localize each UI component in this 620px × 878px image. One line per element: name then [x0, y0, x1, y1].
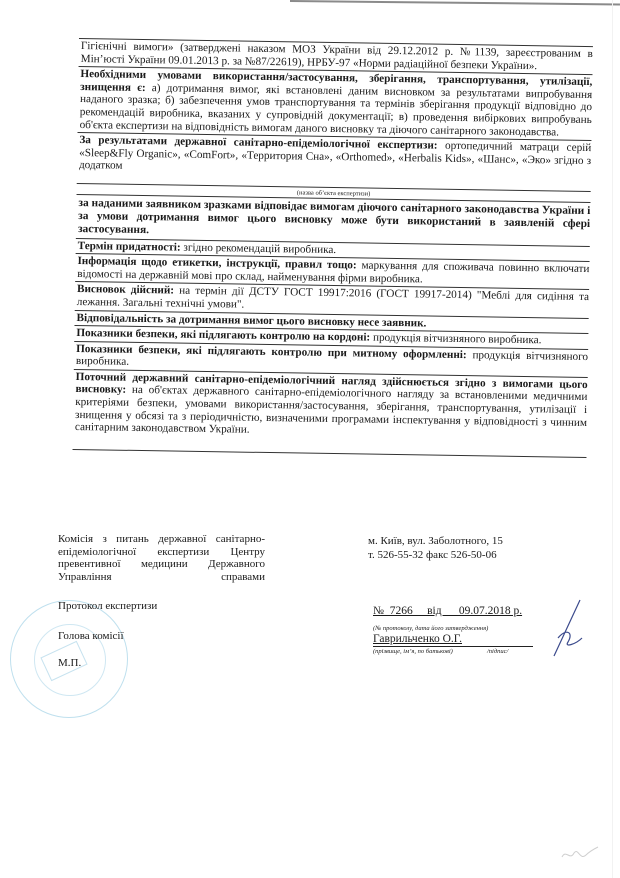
section-heading: Висновок дійсний:	[77, 283, 174, 297]
signature-icon	[548, 598, 588, 658]
protocol-number: № 7266 від 09.07.2018 р.	[373, 605, 522, 617]
divider	[73, 449, 587, 458]
protocol-label: Протокол експертизи	[58, 600, 157, 612]
stamp-place-label: М.П.	[58, 657, 81, 669]
section-text: а) дотримання вимог, які встановлені дан…	[80, 82, 593, 138]
signer-caption: (прізвище, ім’я, по батькові)	[373, 648, 453, 655]
section-conditions: Необхідними умовами використання/застосу…	[78, 66, 593, 140]
protocol-caption: (№ протоколу, дата його затвердження)	[373, 625, 488, 632]
page-edge	[612, 0, 613, 878]
section-heading: Показники безпеки, які підлягають контро…	[76, 343, 467, 361]
top-page-edge-line	[290, 0, 620, 5]
address-line: м. Київ, вул. Заболотного, 15	[368, 535, 503, 549]
signer-name: Гаврильченко О.Г.	[373, 633, 462, 645]
section-text: на об'єктах державного санітарно-епідемі…	[75, 384, 588, 436]
commission-name: Комісія з питань державної санітарно-епі…	[58, 533, 265, 583]
address-block: м. Київ, вул. Заболотного, 15 т. 526-55-…	[368, 535, 503, 562]
section-heading: Термін придатності:	[78, 240, 181, 254]
section-supervision: Поточний державний санітарно-епідеміолог…	[73, 369, 588, 443]
document-body: Гігієнічні вимоги» (затверджені наказом …	[73, 38, 593, 458]
pencil-mark-icon	[560, 845, 600, 865]
signature-line	[373, 646, 533, 647]
head-of-commission-label: Голова комісії	[58, 630, 124, 642]
phone-fax-line: т. 526-55-32 факс 526-50-06	[368, 549, 503, 563]
section-text: продукція вітчизняного виробника.	[370, 332, 541, 347]
signature-caption: /підпис/	[487, 648, 508, 655]
section-text: згідно рекомендацій виробника.	[181, 241, 337, 255]
